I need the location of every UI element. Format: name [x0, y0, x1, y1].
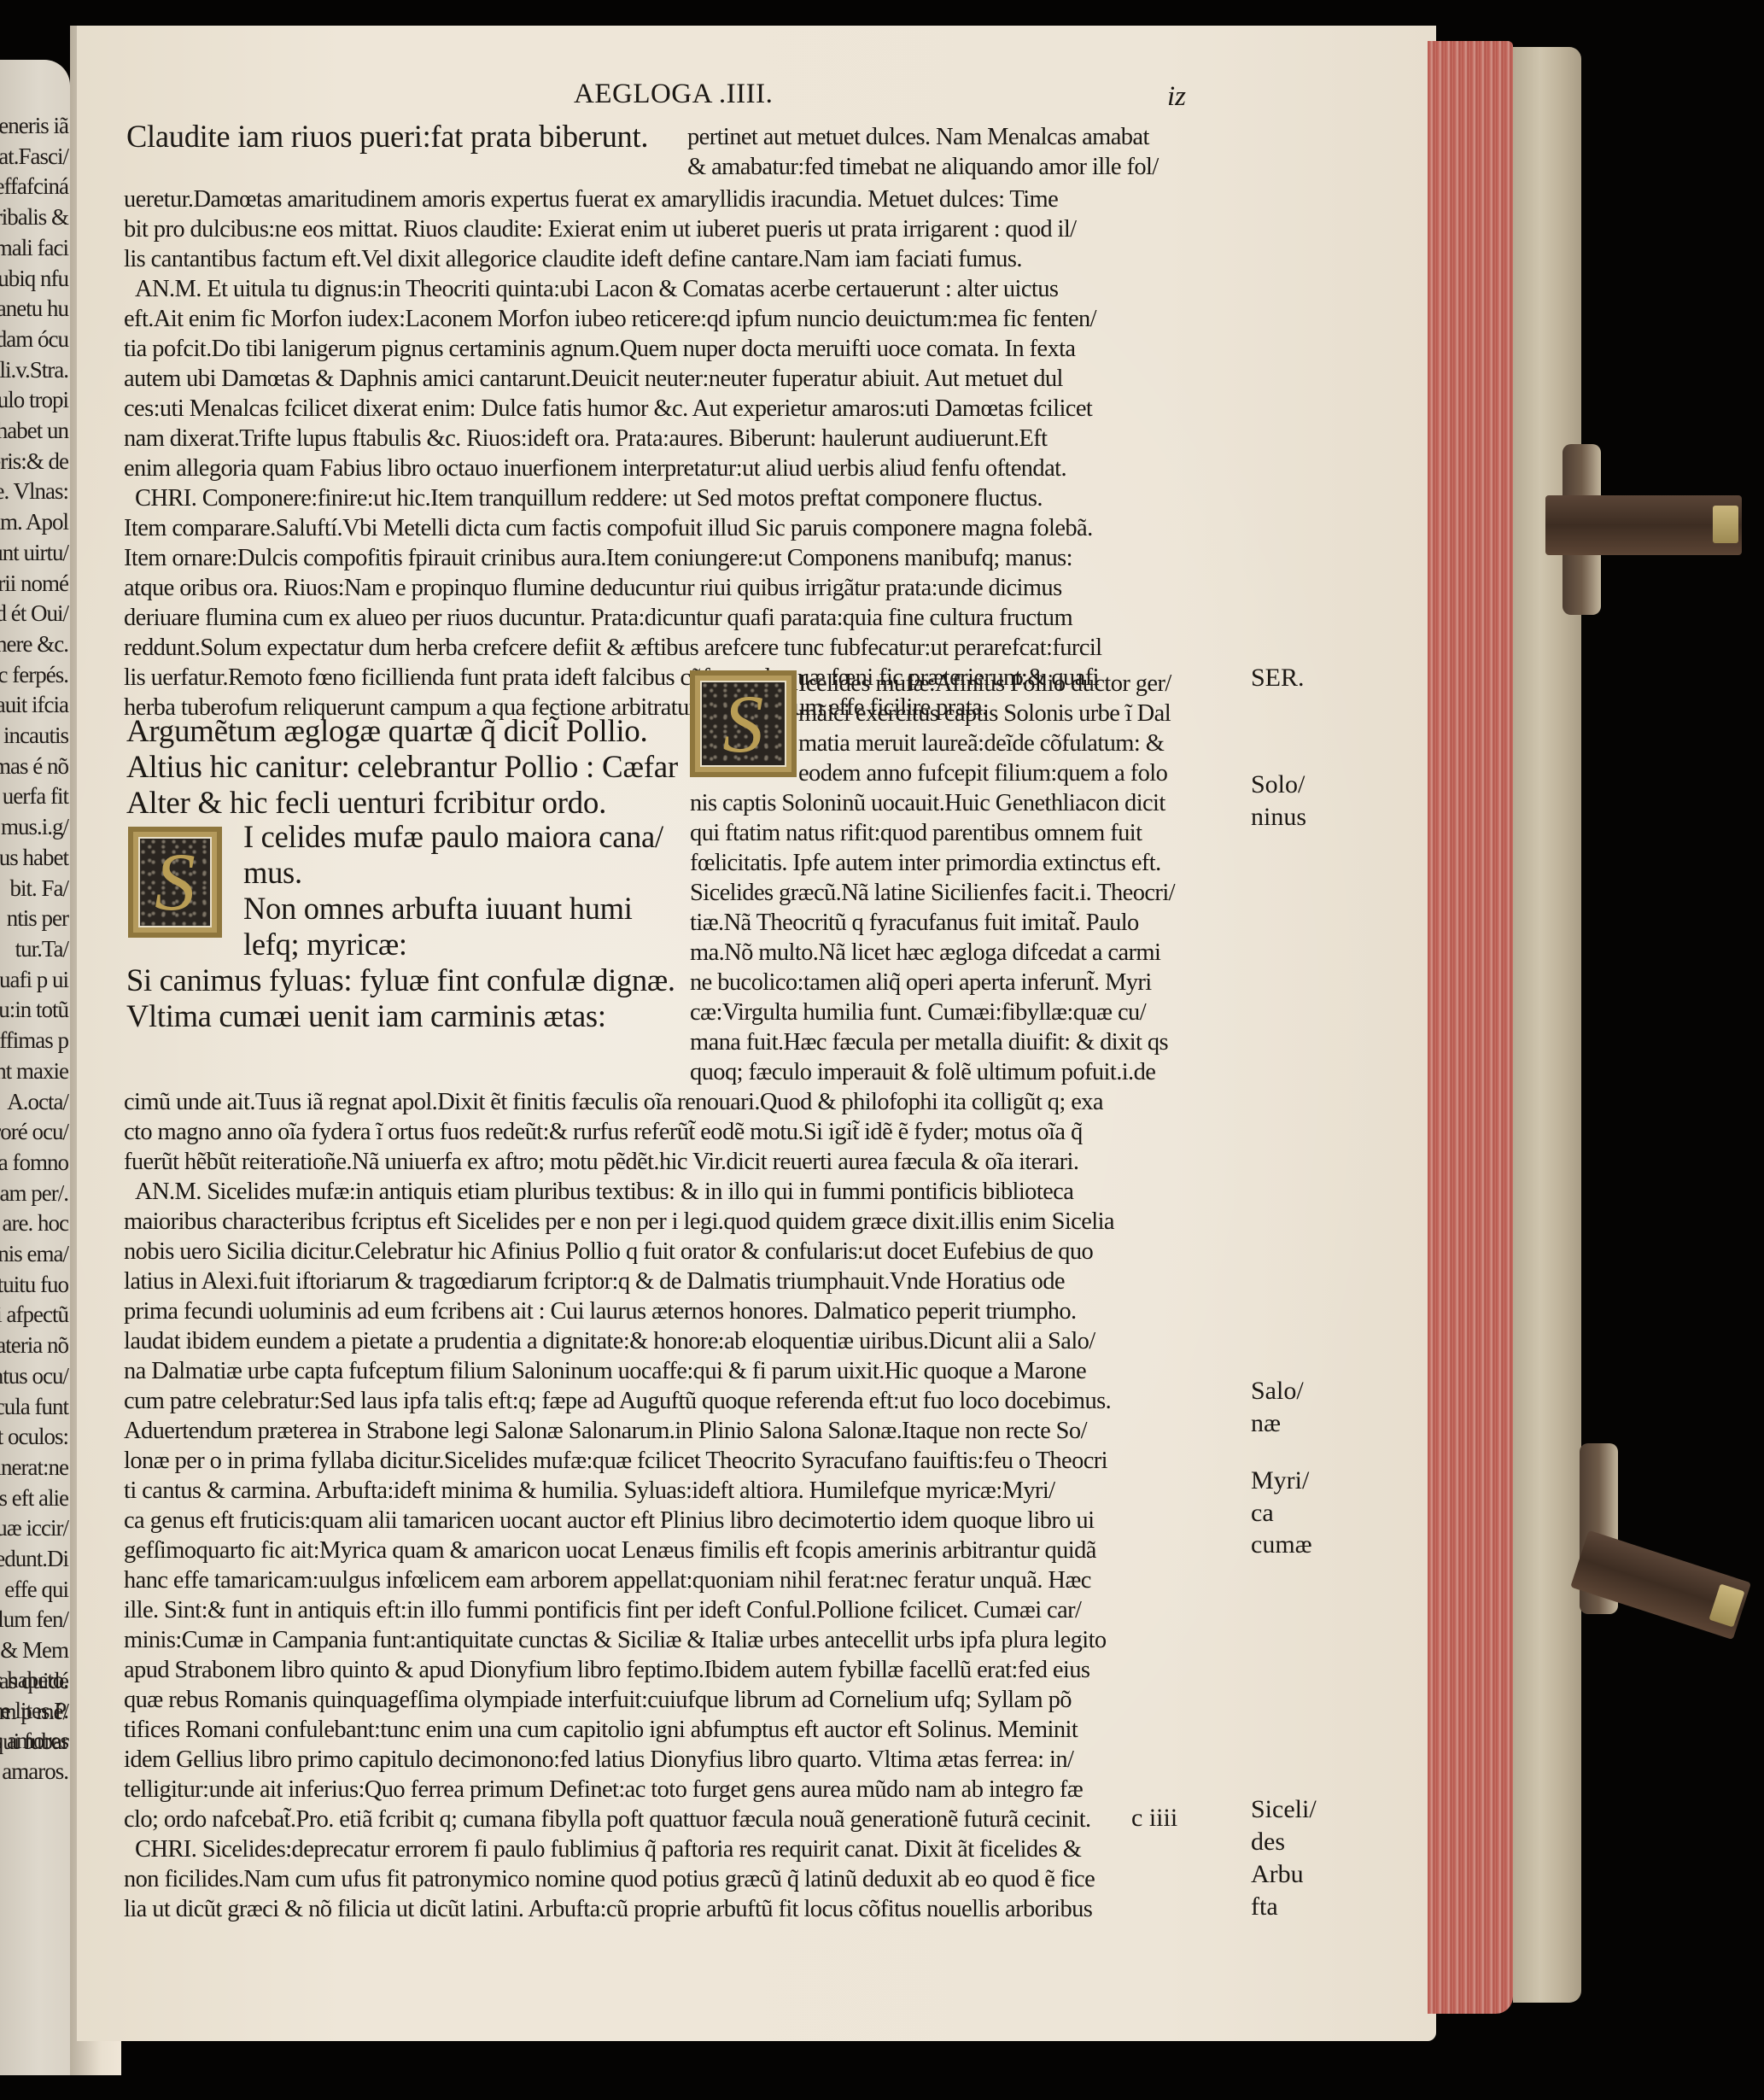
- commentary-line: fœlicitatis. Ipfe autem inter primordia …: [690, 850, 1161, 877]
- verso-line: am per/.: [0, 1179, 68, 1209]
- verso-line: curii nomé: [0, 569, 68, 600]
- commentary-line: mana fuit.Hæc fæcula per metalla diuifit…: [690, 1029, 1168, 1056]
- verso-line: uerfa fit: [0, 781, 68, 812]
- commentary-line: deriuare flumina cum ex alueo per riuos …: [124, 605, 1072, 632]
- verso-line: are. hoc: [0, 1208, 68, 1239]
- commentary-line: Item ornare:Dulcis compofitis fpirauit c…: [124, 545, 1072, 572]
- signature-mark: c iiii: [1131, 1804, 1177, 1833]
- commentary-line: apud Strabonem libro quinto & apud Diony…: [124, 1657, 1089, 1684]
- commentary-line: nis captis Soloninũ uocauit.Huic Genethl…: [690, 790, 1165, 817]
- commentary-line: eft.Ait enim fic Morfon iudex:Laconem Mo…: [124, 306, 1096, 333]
- verse-line: lefq; myricæ:: [243, 926, 407, 962]
- margin-note: Solo/ ninus: [1251, 769, 1306, 834]
- red-page-edges: [1428, 41, 1513, 2014]
- verso-line: nec ferpés.: [0, 660, 68, 691]
- verso-line: oes ubiq nfu: [0, 264, 68, 295]
- commentary-line: AN.M. Et uitula tu dignus:in Theocriti q…: [135, 276, 1058, 303]
- margin-note: cumæ: [1251, 1529, 1312, 1561]
- verso-line: us habet: [0, 843, 68, 874]
- decorated-initial-verse: S: [128, 827, 222, 938]
- verse-line: I celides mufæ paulo maiora cana/: [243, 818, 663, 855]
- verso-line: tur.Ta/: [0, 934, 68, 965]
- verso-line: mus.i.g/: [0, 812, 68, 843]
- verso-line: eog mali faci: [0, 233, 68, 264]
- commentary-line: minis:Cumæ in Campania funt:antiquitate …: [124, 1627, 1107, 1654]
- commentary-line: nam dixerat.Trifte lupus ftabulis &c. Ri…: [124, 425, 1047, 453]
- verso-line: nis ema/: [0, 1239, 68, 1270]
- verso-line: ulnerat:ne: [0, 1453, 68, 1483]
- commentary-line: lia ut dicũt græci & nõ filicia ut dicũt…: [124, 1896, 1092, 1923]
- verso-line: To canetu hu: [0, 294, 68, 325]
- commentary-line: atque oribus ora. Riuos:Nam e propinquo …: [124, 575, 1062, 602]
- commentary-line: maioribus characteribus fcriptus eft Sic…: [124, 1208, 1114, 1236]
- verso-line: tiffimas p: [0, 1026, 68, 1056]
- clasp-brass-tip: [1713, 506, 1738, 543]
- commentary-line: matia meruit laureã:deĩde cõfulatum: &: [798, 730, 1164, 758]
- commentary-line: tifices Romani confulebant:tunc enim una…: [124, 1717, 1078, 1744]
- verso-line: A.octa/: [0, 1087, 68, 1118]
- verso-text-lower: s habeto.here lites.P.quis amoresr amaro…: [0, 1665, 68, 1787]
- commentary-line: AN.M. Sicelides mufæ:in antiquis etiam p…: [135, 1179, 1073, 1206]
- commentary-line: CHRI. Componere:finire:ut hic.Item tranq…: [135, 485, 1043, 512]
- verso-line: ui afpectũ: [0, 1300, 68, 1331]
- verso-line: ntis per: [0, 904, 68, 934]
- commentary-line: ces:uti Menalcas fcilicet dixerat enim: …: [124, 395, 1092, 423]
- verso-line: malum fen/: [0, 1605, 68, 1635]
- verso-line: bit. Fa/: [0, 874, 68, 904]
- vellum-binding: [1513, 47, 1581, 2003]
- commentary-line: Item comparare.Saluftí.Vbi Metelli dicta…: [124, 515, 1093, 542]
- commentary-line: idem Gellius libro primo capitulo decimo…: [124, 1746, 1073, 1774]
- verse-line: Non omnes arbufta iuuant humi: [243, 890, 633, 927]
- commentary-line: clo; ordo nafcebat̃.Pro. etiã fcribit q;…: [124, 1806, 1091, 1834]
- verso-line: nines effe qui: [0, 1575, 68, 1606]
- commentary-line: quoq; fæculo imperauit & folẽ ultimum po…: [690, 1059, 1155, 1086]
- commentary-line: tiæ.Nã Theocritũ q fyracufanus fuit imit…: [690, 910, 1139, 937]
- commentary-line: Icelides mufæ:Afinius Pollio ductor ger/: [798, 670, 1171, 698]
- verso-line: egranat.Fasci/: [0, 142, 68, 173]
- verso-line: s habeto.: [0, 1665, 68, 1696]
- verso-line: tuitu fuo: [0, 1270, 68, 1301]
- verso-line: icula funt: [0, 1392, 68, 1423]
- verso-line: tum. Apol: [0, 507, 68, 538]
- verso-line: here lites.P.: [0, 1696, 68, 1727]
- commentary-line: gefſimoquarto fic ait:Myrica quam & amar…: [124, 1537, 1096, 1565]
- argument-line-2: Altius hic canitur: celebrantur Pollio :…: [126, 749, 678, 786]
- commentary-line: enim allegoria quam Fabius libro octauo …: [124, 455, 1066, 483]
- verso-line: ntus ocu/: [0, 1361, 68, 1392]
- verso-line: od ét Oui/: [0, 599, 68, 629]
- verso-line: is incautis: [0, 721, 68, 752]
- margin-note: Myri/ ca: [1251, 1465, 1309, 1530]
- commentary-line: lonæ per o in prima fyllaba dicitur.Sice…: [124, 1448, 1107, 1475]
- commentary-line: quæ rebus Romanis quinquagefſima olympia…: [124, 1687, 1072, 1714]
- commentary-line: fuerũt hẽbũt reiteratioñe.Nã uniuerfa ex…: [124, 1149, 1078, 1176]
- verso-line: us habet un: [0, 416, 68, 447]
- verso-line: poteris:& de: [0, 447, 68, 477]
- verso-line: uafi p ui: [0, 965, 68, 996]
- commentary-line: cæ:Virgulta humilia funt. Cumæi:fibyllæ:…: [690, 999, 1146, 1027]
- commentary-line: eodem anno fufcepit filium:quem a folo: [798, 760, 1167, 787]
- verso-page-fragment: grati teneris iãegranat.Fasci/iftam effa…: [0, 60, 70, 2075]
- commentary-line: CHRI. Sicelides:deprecatur errorem fi pa…: [135, 1836, 1081, 1863]
- commentary-line: Sicelides græcũ.Nã latine Sicilienfes fa…: [690, 880, 1175, 907]
- verso-line: erunt uirtu/: [0, 538, 68, 569]
- commentary-line: ca genus eft fruticis:quam alii tamarice…: [124, 1507, 1094, 1535]
- commentary-line: qui ftatim natus rifit:quod parentibus o…: [690, 820, 1142, 847]
- commentary-line: lis cantantibus factum eft.Vel dixit all…: [124, 246, 1022, 273]
- commentary-line: laudat ibidem eundem a pietate a prudent…: [124, 1328, 1095, 1355]
- verso-line: quodam ócu: [0, 325, 68, 355]
- initial-letter: S: [723, 683, 764, 765]
- verso-line: quis amores: [0, 1726, 68, 1757]
- commentary-line: ille. Sint:& funt in antiquis eft:in ill…: [124, 1597, 1081, 1624]
- verso-line: roré ocu/: [0, 1117, 68, 1148]
- opening-verse: Claudite iam riuos pueri:fat prata biber…: [126, 118, 648, 155]
- commentary-line: latius in Alexi.fuit iftoriarum & tragœd…: [124, 1268, 1065, 1296]
- commentary-line: bit pro dulcibus:ne eos mittat. Riuos cl…: [124, 216, 1077, 243]
- commentary-line: cum patre celebratur:Sed laus ipfa talis…: [124, 1388, 1111, 1415]
- commentary-line: & amabatur:fed timebat ne aliquando amor…: [687, 154, 1159, 181]
- commentary-line: hanc effe tamaricam:uulgus infœlicem eam…: [124, 1567, 1091, 1594]
- commentary-line: pertinet aut metuet dulces. Nam Menalcas…: [687, 124, 1149, 151]
- verso-line: mas é nõ: [0, 752, 68, 782]
- verso-line: die. Vlnas:: [0, 477, 68, 507]
- verso-line: grati teneris iã: [0, 111, 68, 142]
- verso-line: ono & Mem: [0, 1635, 68, 1666]
- verso-line: iftam effafciná: [0, 172, 68, 202]
- verso-line: is ledunt.Di: [0, 1544, 68, 1575]
- commentary-line: Aduertendum præterea in Strabone legi Sa…: [124, 1418, 1087, 1445]
- commentary-line: telligitur:unde ait inferius:Quo ferrea …: [124, 1776, 1083, 1804]
- commentary-line: prima fecundi uoluminis ad eum fcribens …: [124, 1298, 1077, 1325]
- clasp-brass-tip: [1709, 1583, 1744, 1627]
- commentary-line: reddunt.Solum expectatur dum herba crefc…: [124, 635, 1101, 662]
- commentary-line: cimũ unde ait.Tuus iã regnat apol.Dixit …: [124, 1089, 1103, 1116]
- initial-letter: S: [155, 841, 196, 923]
- verso-line: t: quæ iccir/: [0, 1513, 68, 1544]
- verso-text-upper: grati teneris iãegranat.Fasci/iftam effa…: [0, 111, 68, 1758]
- running-head: AEGLOGA .IIII.: [574, 79, 773, 110]
- verso-line: cius eft alie: [0, 1483, 68, 1514]
- commentary-line: mãici exercitus captis Solonis urbe ĩ Da…: [798, 700, 1171, 728]
- commentary-line: autem ubi Damœtas & Daphnis amici cantar…: [124, 366, 1063, 393]
- decorated-initial-commentary: S: [690, 670, 797, 777]
- commentary-line: tia pofcit.Do tibi lanigerum pignus cert…: [124, 336, 1075, 363]
- commentary-line: nobis uero Sicilia dicitur.Celebratur hi…: [124, 1238, 1093, 1266]
- verso-line: nateria nõ: [0, 1331, 68, 1361]
- verso-line: Pli.li.v.Stra.: [0, 355, 68, 386]
- verso-line: nere &c.: [0, 629, 68, 660]
- margin-note: Siceli/ des Arbu fta: [1251, 1793, 1317, 1923]
- argument-line-3: Alter & hic fecli uenturi fcribitur ordo…: [126, 785, 606, 822]
- argument-line-1: Argumẽtum æglogæ quartæ q̃ dicit̃ Pollio…: [126, 713, 647, 750]
- commentary-line: na Dalmatiæ urbe capta fufceptum filium …: [124, 1358, 1086, 1385]
- commentary-line: cto magno anno oĩa fydera ĩ ortus fuos r…: [124, 1119, 1083, 1146]
- verso-line: lcauit ifcia: [0, 690, 68, 721]
- verso-line: rat oculos:: [0, 1422, 68, 1453]
- verso-line: circulo tropi: [0, 385, 68, 416]
- commentary-line: ueretur.Damœtas amaritudinem amoris expe…: [124, 186, 1058, 214]
- clasp-upper: [1545, 495, 1742, 555]
- commentary-line: ma.Nõ multo.Nã licet hæc ægloga difcedat…: [690, 939, 1160, 967]
- verso-line: r amaros.: [0, 1757, 68, 1787]
- verse-line: mus.: [243, 854, 302, 891]
- verso-line: a fomno: [0, 1148, 68, 1179]
- commentary-line: ne bucolico:tamen aliq̃ operi aperta inf…: [690, 969, 1152, 997]
- verse-line: Si canimus fyluas: fyluæ fint confulæ di…: [126, 962, 675, 998]
- verse-line: Vltima cumæi uenit iam carminis ætas:: [126, 997, 606, 1034]
- verso-line: fint maxie: [0, 1056, 68, 1087]
- verso-line: u:in totũ: [0, 995, 68, 1026]
- commentary-line: non ficilides.Nam cum ufus fit patronymi…: [124, 1866, 1095, 1893]
- folio-number: iz: [1167, 81, 1186, 113]
- commentary-line: ti cantus & carmina. Arbufta:ideft minim…: [124, 1477, 1054, 1505]
- verso-line: is in tribalis &: [0, 202, 68, 233]
- margin-note: SER.: [1251, 662, 1305, 694]
- clasp-lower: [1570, 1530, 1751, 1640]
- margin-note: Salo/ næ: [1251, 1375, 1304, 1440]
